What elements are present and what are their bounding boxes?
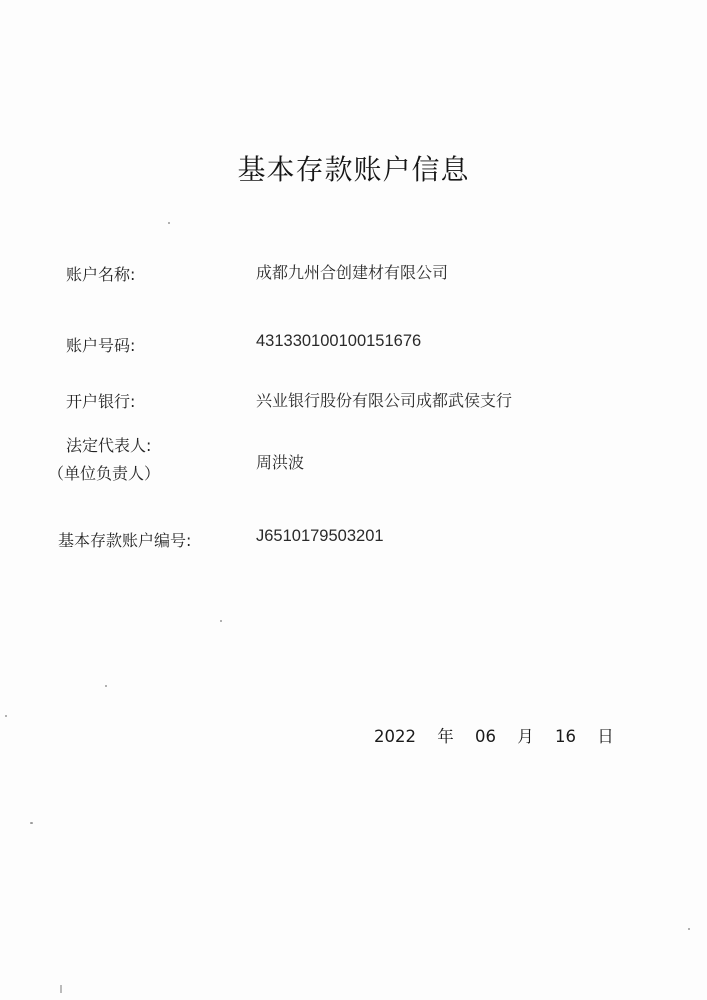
date-day-unit: 日 (597, 723, 614, 747)
bank-value: 兴业银行股份有限公司成都武侯支行 (256, 388, 512, 411)
scan-speck (5, 715, 7, 717)
legal-rep-label: 法定代表人: (66, 433, 151, 456)
legal-rep-value: 周洪波 (256, 450, 304, 473)
date-month: 06 (475, 727, 496, 746)
scan-speck (220, 620, 222, 622)
date-month-unit: 月 (517, 723, 534, 747)
scan-speck (105, 685, 107, 687)
scan-speck (688, 928, 690, 930)
account-number-label: 账户号码: (66, 333, 135, 356)
date-year: 2022 (374, 727, 416, 746)
scan-speck (60, 985, 62, 993)
document-date: 2022 年 06 月 16 日 (374, 723, 614, 747)
scan-speck (168, 222, 170, 224)
account-name-label: 账户名称: (66, 262, 135, 285)
account-number-value: 431330100100151676 (256, 332, 421, 351)
basic-account-id-label: 基本存款账户编号: (58, 528, 191, 551)
bank-label: 开户银行: (66, 389, 135, 412)
document-title: 基本存款账户信息 (0, 148, 707, 188)
date-year-unit: 年 (437, 723, 454, 747)
basic-account-id-value: J6510179503201 (256, 527, 384, 546)
legal-rep-label-sub: （单位负责人） (48, 461, 160, 484)
scan-speck (30, 822, 33, 824)
account-name-value: 成都九州合创建材有限公司 (256, 260, 448, 283)
date-day: 16 (555, 727, 576, 746)
